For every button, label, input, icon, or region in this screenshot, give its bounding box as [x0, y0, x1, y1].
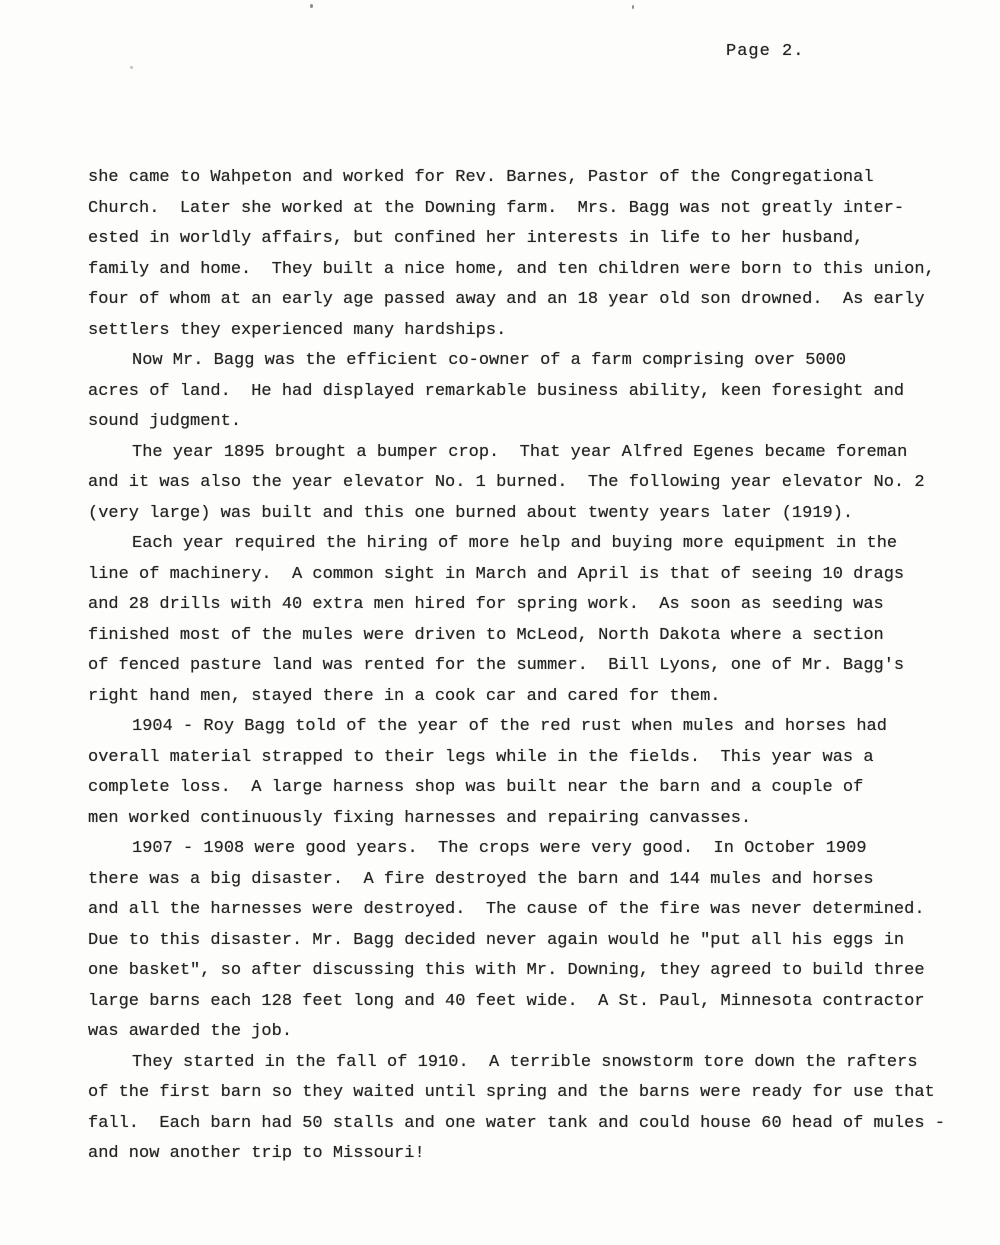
text-line: and it was also the year elevator No. 1 … — [88, 468, 988, 499]
document-body: she came to Wahpeton and worked for Rev.… — [88, 163, 988, 1170]
text-line: line of machinery. A common sight in Mar… — [88, 560, 988, 591]
text-line: she came to Wahpeton and worked for Rev.… — [88, 163, 988, 194]
text-line: and all the harnesses were destroyed. Th… — [88, 895, 988, 926]
paragraph: 1907 - 1908 were good years. The crops w… — [88, 834, 988, 1048]
paragraph: she came to Wahpeton and worked for Rev.… — [88, 163, 988, 346]
text-line: and now another trip to Missouri! — [88, 1139, 988, 1170]
text-line: ested in worldly affairs, but confined h… — [88, 224, 988, 255]
text-line: sound judgment. — [88, 407, 988, 438]
scan-speck — [632, 5, 634, 9]
text-line: They started in the fall of 1910. A terr… — [88, 1048, 988, 1079]
text-line: The year 1895 brought a bumper crop. Tha… — [88, 438, 988, 469]
text-line: Each year required the hiring of more he… — [88, 529, 988, 560]
paragraph: Now Mr. Bagg was the efficient co-owner … — [88, 346, 988, 438]
text-line: finished most of the mules were driven t… — [88, 621, 988, 652]
text-line: 1907 - 1908 were good years. The crops w… — [88, 834, 988, 865]
page-number: Page 2. — [726, 42, 804, 61]
paragraph: 1904 - Roy Bagg told of the year of the … — [88, 712, 988, 834]
text-line: and 28 drills with 40 extra men hired fo… — [88, 590, 988, 621]
text-line: four of whom at an early age passed away… — [88, 285, 988, 316]
text-line: men worked continuously fixing harnesses… — [88, 804, 988, 835]
paragraph: Each year required the hiring of more he… — [88, 529, 988, 712]
scan-speck — [310, 4, 313, 8]
text-line: overall material strapped to their legs … — [88, 743, 988, 774]
text-line: family and home. They built a nice home,… — [88, 255, 988, 286]
text-line: fall. Each barn had 50 stalls and one wa… — [88, 1109, 988, 1140]
scanned-page: Page 2. she came to Wahpeton and worked … — [0, 0, 1000, 1245]
text-line: 1904 - Roy Bagg told of the year of the … — [88, 712, 988, 743]
text-line: (very large) was built and this one burn… — [88, 499, 988, 530]
text-line: of fenced pasture land was rented for th… — [88, 651, 988, 682]
text-line: settlers they experienced many hardships… — [88, 316, 988, 347]
text-line: right hand men, stayed there in a cook c… — [88, 682, 988, 713]
text-line: of the first barn so they waited until s… — [88, 1078, 988, 1109]
scan-speck — [130, 66, 133, 69]
text-line: acres of land. He had displayed remarkab… — [88, 377, 988, 408]
paragraph: The year 1895 brought a bumper crop. Tha… — [88, 438, 988, 530]
text-line: large barns each 128 feet long and 40 fe… — [88, 987, 988, 1018]
paragraph: They started in the fall of 1910. A terr… — [88, 1048, 988, 1170]
text-line: complete loss. A large harness shop was … — [88, 773, 988, 804]
text-line: Due to this disaster. Mr. Bagg decided n… — [88, 926, 988, 957]
text-line: Now Mr. Bagg was the efficient co-owner … — [88, 346, 988, 377]
text-line: was awarded the job. — [88, 1017, 988, 1048]
text-line: Church. Later she worked at the Downing … — [88, 194, 988, 225]
text-line: one basket", so after discussing this wi… — [88, 956, 988, 987]
text-line: there was a big disaster. A fire destroy… — [88, 865, 988, 896]
